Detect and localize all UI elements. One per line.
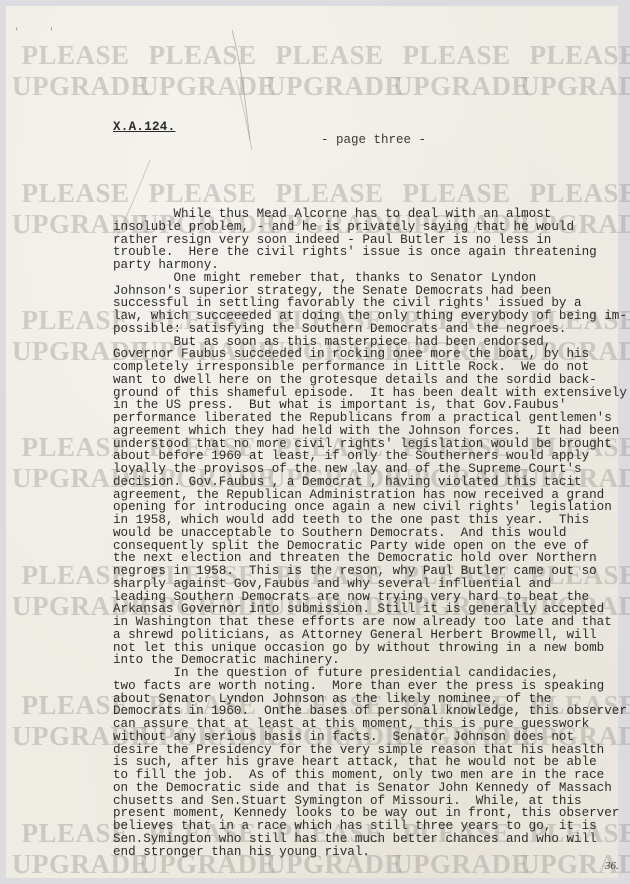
text-line: in 1958, which would add teeth to the on… — [113, 514, 630, 527]
text-line: possible: satisfying the Southern Democr… — [113, 323, 630, 336]
text-line: two facts are worth noting. More than ev… — [113, 680, 630, 693]
margin-marks: ' ' — [14, 27, 66, 37]
text-line: negroes in 1958. This is the reson, why … — [113, 565, 630, 578]
text-line: in Washington that these efforts are now… — [113, 616, 630, 629]
text-line: a shrewd politicians, as Attorney Genera… — [113, 629, 630, 642]
text-line: completely irresponsible performance in … — [113, 361, 630, 374]
text-line: Sen.Symington who still has the much bet… — [113, 833, 630, 846]
body-text: While thus Mead Alcorne has to deal with… — [113, 208, 630, 858]
text-line: In the question of future presidential c… — [113, 667, 630, 680]
text-line: One might remeber that, thanks to Senato… — [113, 272, 630, 285]
text-line: performance liberated the Republicans fr… — [113, 412, 630, 425]
text-line: on the Democratic side and that is Senat… — [113, 782, 630, 795]
text-line: loyally the provisos of the new lay and … — [113, 463, 630, 476]
text-line: would be unacceptable to Southern Democr… — [113, 527, 630, 540]
text-line: end stronger than his young rival. — [113, 846, 630, 859]
text-line: While thus Mead Alcorne has to deal with… — [113, 208, 630, 221]
text-line: decision. Gov.Faubus , a Democrat , havi… — [113, 476, 630, 489]
text-line: without any serious basis in facts. Sena… — [113, 731, 630, 744]
text-line: to fill the job. As of this moment, only… — [113, 769, 630, 782]
text-line: insoluble problem, - and he is privately… — [113, 221, 630, 234]
text-line: party harmony. — [113, 259, 630, 272]
text-line: law, which succeeeded at doing the only … — [113, 310, 630, 323]
page-heading: - page three - — [321, 133, 426, 147]
text-line: can assure that at least at this moment,… — [113, 718, 630, 731]
text-line: sharply against Gov,Faubus and why sever… — [113, 578, 630, 591]
text-line: agreement which they had held with the J… — [113, 425, 630, 438]
document-reference: X.A.124. — [113, 120, 175, 134]
text-line: want to dwell here on the grotesque deta… — [113, 374, 630, 387]
folio-number: 36. — [605, 860, 619, 872]
document-content: ' ' X.A.124. - page three - While thus M… — [0, 0, 630, 884]
text-line: believes that in a race which has still … — [113, 820, 630, 833]
